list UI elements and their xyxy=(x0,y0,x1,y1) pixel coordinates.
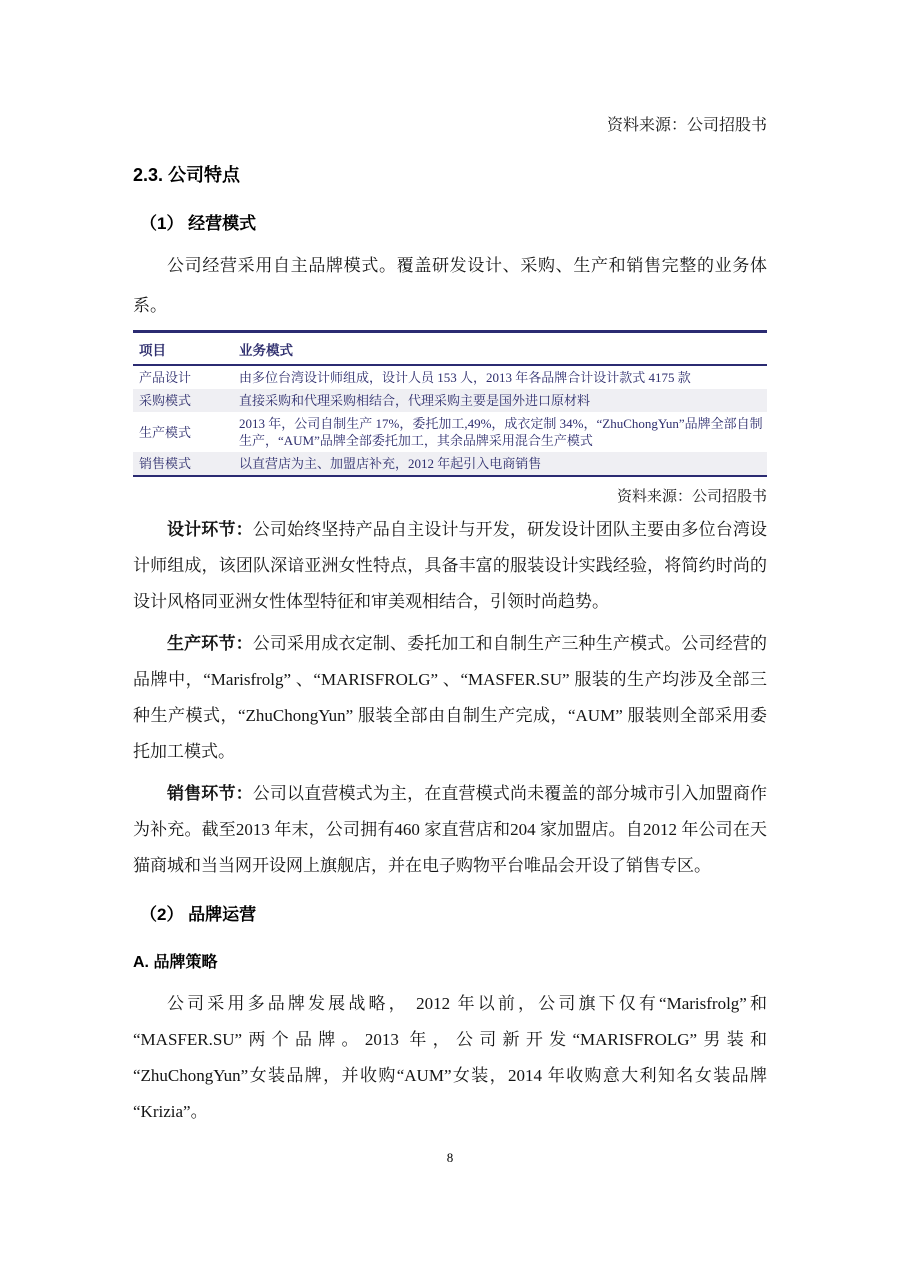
paragraph-brand-strategy: 公司采用多品牌发展战略， 2012 年以前，公司旗下仅有“Marisfrolg”… xyxy=(133,986,767,1130)
table-row: 采购模式 直接采购和代理采购相结合，代理采购主要是国外进口原材料 xyxy=(133,389,767,412)
table-header-item: 项目 xyxy=(133,332,233,366)
subsection-heading-business-model: （1） 经营模式 xyxy=(133,209,767,234)
document-page: 资料来源：公司招股书 2.3. 公司特点 （1） 经营模式 公司经营采用自主品牌… xyxy=(0,0,900,1272)
table-cell-item: 采购模式 xyxy=(133,389,233,412)
source-note-table: 资料来源：公司招股书 xyxy=(133,485,767,506)
table-cell-desc: 2013 年，公司自制生产 17%，委托加工,49%，成衣定制 34%，“Zhu… xyxy=(233,412,767,452)
table-cell-desc: 直接采购和代理采购相结合，代理采购主要是国外进口原材料 xyxy=(233,389,767,412)
page-content: 资料来源：公司招股书 2.3. 公司特点 （1） 经营模式 公司经营采用自主品牌… xyxy=(0,0,900,1130)
paragraph-sales: 销售环节：公司以直营模式为主，在直营模式尚未覆盖的部分城市引入加盟商作为补充。截… xyxy=(133,776,767,884)
paragraph-lead: 销售环节： xyxy=(167,784,253,803)
table-row: 生产模式 2013 年，公司自制生产 17%，委托加工,49%，成衣定制 34%… xyxy=(133,412,767,452)
business-model-table: 项目 业务模式 产品设计 由多位台湾设计师组成，设计人员 153 人，2013 … xyxy=(133,330,767,477)
intro-paragraph: 公司经营采用自主品牌模式。覆盖研发设计、采购、生产和销售完整的业务体系。 xyxy=(133,246,767,326)
table-header-mode: 业务模式 xyxy=(233,332,767,366)
paragraph-design: 设计环节：公司始终坚持产品自主设计与开发，研发设计团队主要由多位台湾设计师组成，… xyxy=(133,512,767,620)
source-note-top: 资料来源：公司招股书 xyxy=(133,0,767,135)
page-number: 8 xyxy=(0,1150,900,1166)
table-cell-item: 生产模式 xyxy=(133,412,233,452)
table-cell-desc: 以直营店为主、加盟店补充，2012 年起引入电商销售 xyxy=(233,452,767,476)
table-cell-item: 产品设计 xyxy=(133,365,233,389)
table-cell-item: 销售模式 xyxy=(133,452,233,476)
subsection-heading-brand-strategy: A. 品牌策略 xyxy=(133,949,767,972)
section-heading-company-features: 2.3. 公司特点 xyxy=(133,161,767,187)
table-row: 产品设计 由多位台湾设计师组成，设计人员 153 人，2013 年各品牌合计设计… xyxy=(133,365,767,389)
table-header-row: 项目 业务模式 xyxy=(133,332,767,366)
paragraph-text: 公司采用成衣定制、委托加工和自制生产三种生产模式。公司经营的品牌中，“Maris… xyxy=(133,634,767,761)
table-cell-desc: 由多位台湾设计师组成，设计人员 153 人，2013 年各品牌合计设计款式 41… xyxy=(233,365,767,389)
paragraph-lead: 设计环节： xyxy=(167,520,253,539)
table-row: 销售模式 以直营店为主、加盟店补充，2012 年起引入电商销售 xyxy=(133,452,767,476)
subsection-heading-brand-operation: （2） 品牌运营 xyxy=(133,900,767,925)
paragraph-lead: 生产环节： xyxy=(167,634,253,653)
paragraph-production: 生产环节：公司采用成衣定制、委托加工和自制生产三种生产模式。公司经营的品牌中，“… xyxy=(133,626,767,770)
